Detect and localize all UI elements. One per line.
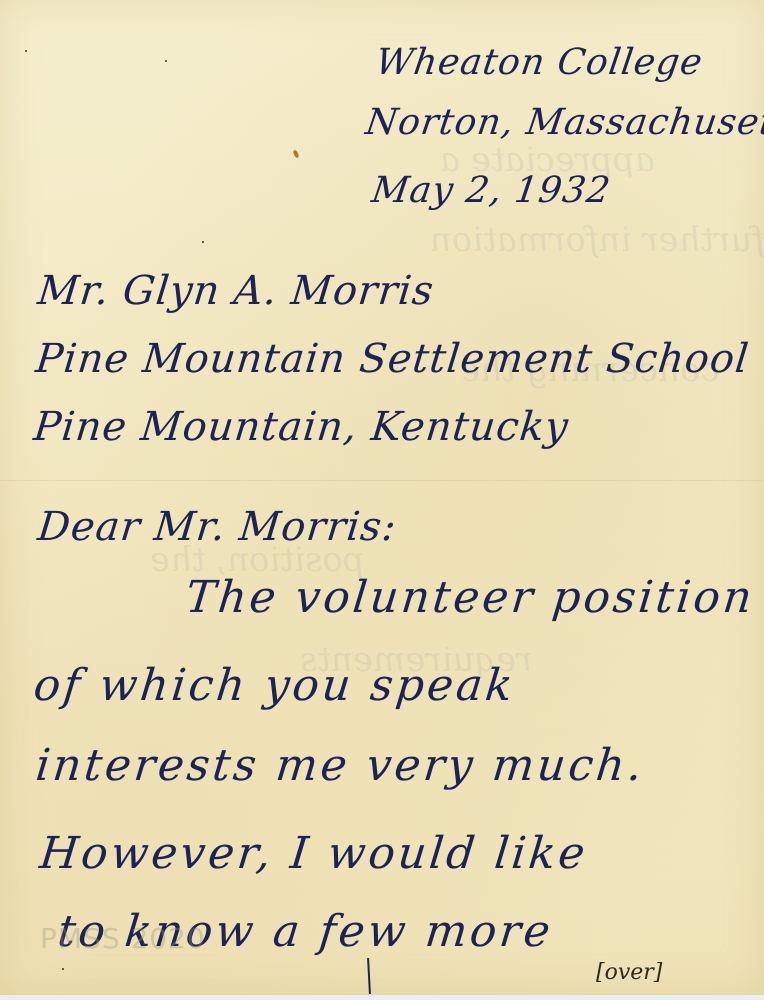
recipient-organization: Pine Mountain Settlement School xyxy=(34,336,752,382)
continuation-note: [over] xyxy=(596,960,662,985)
paper-fold-line xyxy=(0,480,764,481)
paper-stain xyxy=(292,150,299,159)
paper-speck xyxy=(165,60,167,62)
recipient-address: Pine Mountain, Kentucky xyxy=(32,404,571,450)
body-line: However, I would like xyxy=(37,828,590,879)
show-through-text: further information xyxy=(428,220,764,260)
heading-location: Norton, Massachusetts xyxy=(363,102,764,143)
page-number-mark xyxy=(367,958,371,994)
heading-institution: Wheaton College xyxy=(373,42,705,83)
heading-date: May 2, 1932 xyxy=(369,170,613,211)
letter-page: appreciate a further information concern… xyxy=(0,0,764,1000)
recipient-name: Mr. Glyn A. Morris xyxy=(36,268,437,314)
paper-speck xyxy=(470,605,472,607)
body-line: of which you speak xyxy=(31,660,518,711)
paper-speck xyxy=(62,968,64,970)
body-line: The volunteer position xyxy=(183,572,757,623)
paper-speck xyxy=(202,241,204,243)
archive-watermark: PMSS 2020 xyxy=(40,922,206,955)
body-line: interests me very much. xyxy=(33,740,647,791)
salutation: Dear Mr. Morris: xyxy=(36,504,399,550)
paper-speck xyxy=(25,50,27,52)
